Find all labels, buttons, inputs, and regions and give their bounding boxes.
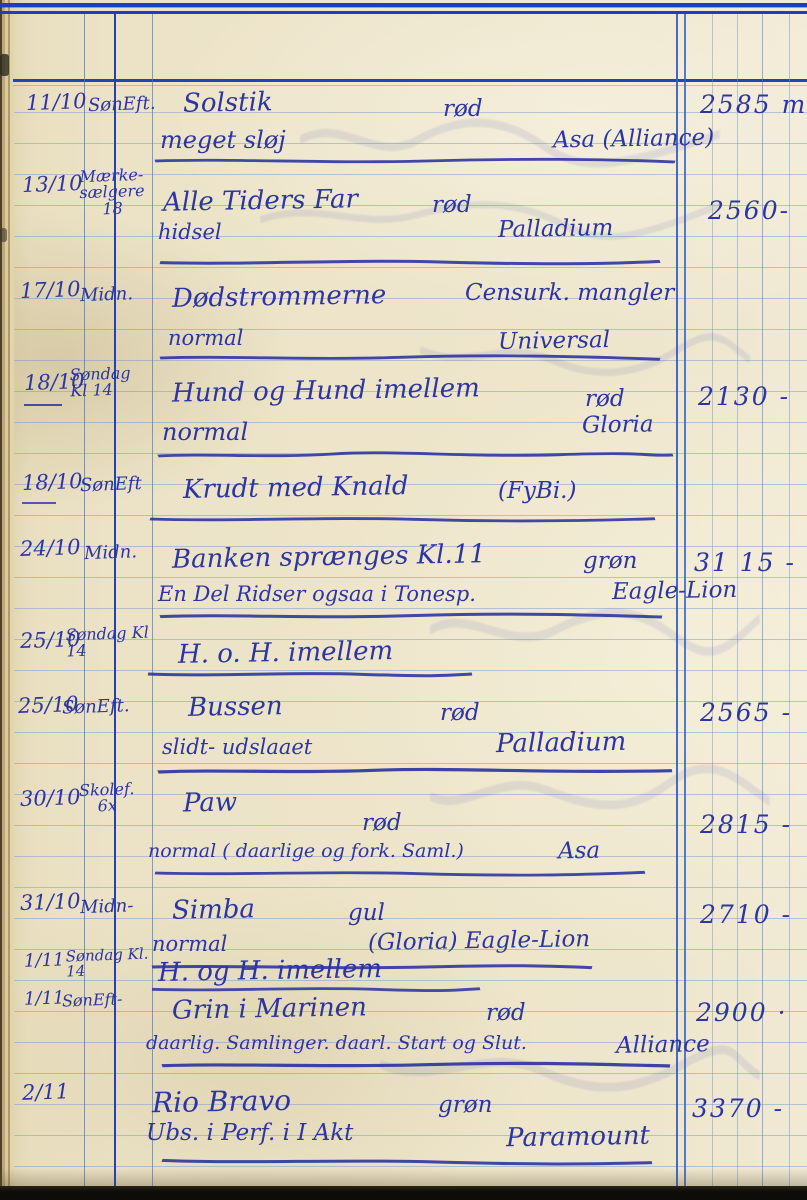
entry-length: 2130 - [698, 384, 790, 409]
entry-title: Simba [172, 896, 255, 923]
entry-session: Søndag Kl. 14 [65, 947, 150, 981]
entry-distributor: Asa (Alliance) [553, 127, 714, 153]
entry-length: 2815 - [700, 812, 792, 837]
entry-note: normal ( daarlige og fork. Saml.) [148, 842, 464, 861]
entry-title: H. o. H. imellem [178, 638, 394, 668]
entry-separator-line [160, 353, 660, 363]
entry-title: Grin i Marinen [172, 994, 367, 1023]
entry-session: Skolef. 6x [75, 781, 138, 816]
header-rule-echo [13, 85, 807, 86]
entry-remark: grøn [438, 1094, 492, 1117]
entry-session: Mærke- sælgere 18 [75, 167, 149, 218]
entry-distributor: Gloria [582, 413, 654, 437]
entry-separator-line [155, 868, 645, 878]
entry-session: Midn. [84, 543, 151, 564]
entry-date: 2/11 [22, 1081, 70, 1104]
edge-nick [0, 54, 9, 76]
entry-separator-line [148, 669, 472, 679]
entry-distributor: Palladium [496, 729, 627, 757]
entry-session: Søndag Kl 14 [65, 625, 150, 661]
entry-separator-line [158, 766, 672, 776]
entry-distributor: Alliance [616, 1033, 710, 1058]
entry-date: 31/10 [20, 891, 81, 914]
bleedthrough-writing [430, 600, 760, 660]
entry-distributor: (Gloria) Eagle-Lion [368, 928, 591, 955]
entry-distributor: Paramount [506, 1123, 650, 1152]
bottom-edge [0, 1186, 807, 1200]
entry-note: normal [168, 328, 243, 349]
entry-title: Dødstrommerne [172, 282, 387, 312]
entry-distributor: Universal [498, 329, 610, 354]
date-underline [22, 502, 56, 504]
entry-separator-line [162, 1156, 652, 1166]
date-underline [24, 404, 62, 406]
entry-separator-line [155, 156, 675, 166]
entry-session: SønEft- [62, 991, 147, 1010]
entry-separator-line [150, 514, 655, 524]
entry-date: 1/11 [24, 989, 65, 1008]
entry-note2: Censurk. mangler [465, 282, 674, 305]
entry-session: SønEft. [88, 95, 153, 116]
entry-note2: (FyBi.) [498, 480, 576, 503]
entry-remark: rød [362, 812, 402, 835]
title-strike-line [152, 962, 592, 972]
entry-title: Rio Bravo [152, 1087, 292, 1117]
entry-separator-line [158, 450, 673, 460]
entry-note: normal [162, 420, 248, 444]
entry-session: Søndag Kl 14 [69, 365, 150, 400]
entry-distributor: Eagle-Lion [612, 579, 738, 604]
header-rule [13, 79, 807, 82]
entry-session: SønEft [80, 475, 147, 496]
entry-session: Midn. [80, 285, 147, 306]
entry-remark: rød [443, 98, 483, 121]
entry-date: 18/10 [22, 471, 83, 494]
entry-separator-line [160, 257, 660, 267]
entry-separator-line [162, 1060, 670, 1070]
entry-length: 2710 - [700, 902, 792, 927]
page-edge [0, 0, 15, 1200]
entry-note: meget sløj [160, 128, 286, 152]
entry-title: Solstik [183, 89, 273, 117]
entry-separator-line [160, 611, 662, 621]
entry-length: 2585 m [700, 92, 807, 117]
column-rule [152, 14, 153, 1186]
entry-note: Ubs. i Perf. i I Akt [146, 1122, 353, 1145]
entry-length: 2560- [708, 198, 790, 223]
entry-note: daarlig. Samlinger. daarl. Start og Slut… [146, 1034, 527, 1053]
entry-date: 24/10 [20, 537, 81, 560]
entry-remark: gul [348, 902, 385, 925]
entry-date: 17/10 [20, 279, 81, 302]
ledger-page: 11/10 SønEft. Solstik rød 2585 m meget s… [0, 0, 807, 1200]
entry-distributor: Asa [558, 840, 601, 864]
top-rule [0, 3, 807, 7]
entry-length: 31 15 - [694, 550, 796, 575]
entry-date: 30/10 [20, 787, 81, 810]
entry-length: 3370 - [692, 1096, 784, 1121]
entry-remark: rød [486, 1002, 526, 1025]
entry-date: 11/10 [26, 91, 87, 114]
entry-remark: rød [440, 702, 480, 725]
entry-note: En Del Ridser ogsaa i Tonesp. [158, 584, 476, 605]
entry-remark: rød [585, 388, 625, 411]
entry-length: 2900 · [696, 1000, 788, 1025]
entry-remark: rød [432, 194, 472, 217]
entry-session: Midn- [80, 897, 147, 918]
bottom-shadow [0, 1168, 807, 1188]
entry-distributor: Palladium [498, 217, 614, 242]
entry-remark: grøn [583, 550, 637, 573]
entry-title: Alle Tiders Far [163, 186, 358, 215]
entry-note: normal [152, 934, 227, 955]
entry-title: Bussen [188, 693, 283, 721]
entry-title: Banken sprænges Kl.11 [172, 541, 486, 572]
entry-session: SønEft. [62, 696, 151, 717]
entry-note: slidt- udslaaet [162, 737, 312, 758]
entry-title: Krudt med Knald [183, 473, 409, 503]
entry-title: Paw [183, 790, 238, 817]
entry-length: 2565 - [700, 700, 792, 725]
entry-date: 13/10 [22, 173, 83, 196]
entry-date: 1/11 [24, 951, 65, 970]
amount-subcolumn-rule [789, 14, 790, 1186]
entry-title: Hund og Hund imellem [172, 375, 480, 406]
edge-nick [0, 228, 7, 242]
entry-note: hidsel [158, 222, 222, 243]
